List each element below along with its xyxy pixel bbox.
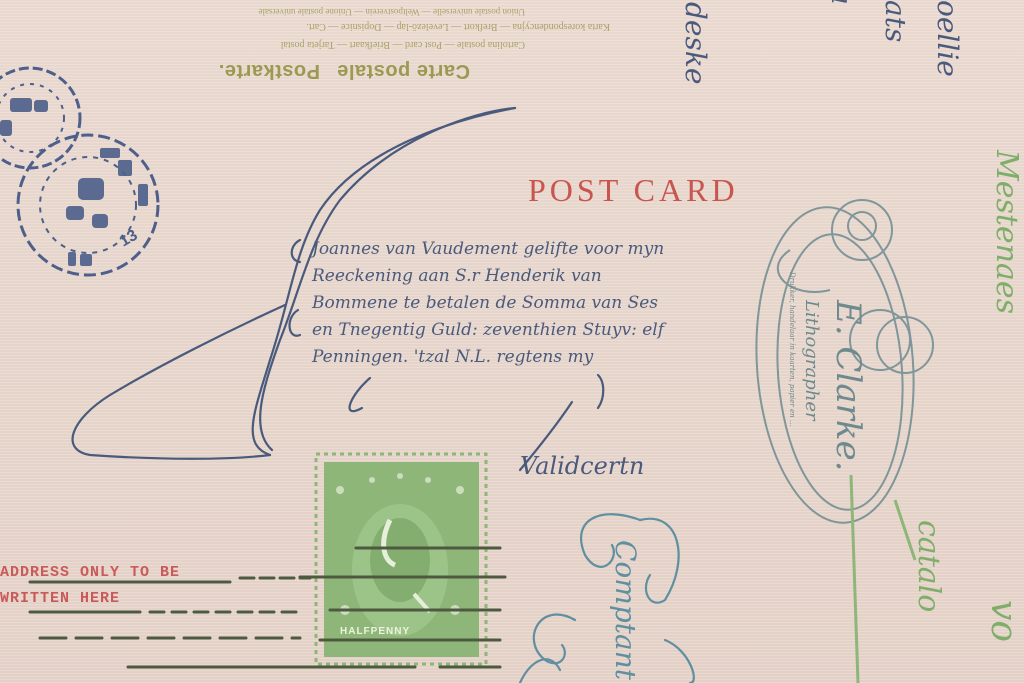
vertical-script: vo bbox=[983, 600, 1024, 642]
signature: Validcertn bbox=[520, 452, 644, 480]
header-line-1: Cartolina postale — Post card — Briefkaa… bbox=[281, 39, 525, 50]
letter-line: Bommene te betalen de Somma van Ses bbox=[312, 290, 664, 317]
vertical-script: Comptant bbox=[609, 540, 642, 680]
vertical-script: deske bbox=[679, 2, 712, 84]
post-card-title: POST CARD bbox=[528, 172, 739, 209]
address-stamp: ADDRESS ONLY TO BE WRITTEN HERE bbox=[0, 560, 180, 612]
letter-line: Reeckening aan S.r Henderik van bbox=[312, 263, 664, 290]
vertical-script: catalo bbox=[911, 520, 946, 612]
vertical-script: Mestenaes bbox=[989, 150, 1024, 314]
letter-line: Joannes van Vaudement gelifte voor myn bbox=[312, 236, 664, 263]
seal-subtitle: Lithographer bbox=[801, 300, 822, 421]
seal-name: E. Clarke. bbox=[828, 300, 868, 471]
upside-down-postcard-header: Carte postale Postkarte. Cartolina posta… bbox=[100, 0, 620, 90]
header-line-2: Karta korespondencyjna — Brefkort — Leve… bbox=[306, 21, 610, 32]
handwritten-letter: Joannes van Vaudement gelifte voor myn R… bbox=[312, 236, 664, 371]
vertical-script: oellie bbox=[931, 0, 964, 77]
vertical-script: a bbox=[825, 0, 858, 5]
stamp-denomination: HALFPENNY bbox=[340, 626, 410, 637]
seal-ring-text: Drukker, handelaar in kaarten, papier en… bbox=[788, 272, 796, 427]
address-line-1: ADDRESS ONLY TO BE bbox=[0, 560, 180, 586]
header-title-left: Carte postale bbox=[337, 59, 470, 82]
letter-line: en Tnegentig Guld: zeventhien Stuyv: elf bbox=[312, 317, 664, 344]
letter-line: Penningen. 'tzal N.L. regtens my bbox=[312, 344, 664, 371]
address-line-2: WRITTEN HERE bbox=[0, 586, 180, 612]
vertical-script: ats bbox=[879, 0, 912, 42]
header-line-3: Union postale universelle — Weltpostvere… bbox=[258, 7, 525, 17]
header-title-right: Postkarte. bbox=[218, 59, 320, 82]
